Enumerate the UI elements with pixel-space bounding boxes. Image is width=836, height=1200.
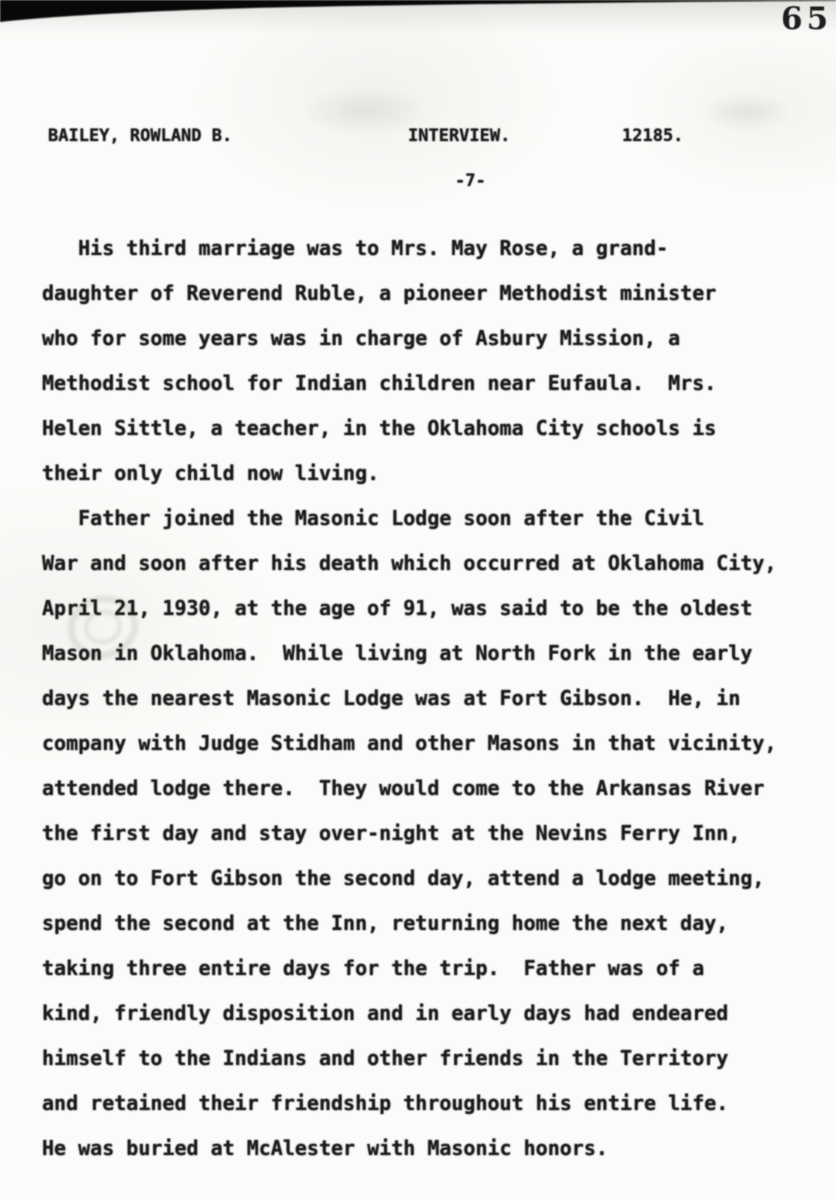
folio-page-number: 65 — [781, 1, 832, 37]
text-line: daughter of Reverend Ruble, a pioneer Me… — [42, 271, 777, 316]
text-line: taking three entire days for the trip. F… — [42, 946, 777, 991]
scanned-document-page: 65 BAILEY, ROWLAND B. INTERVIEW. 12185. … — [0, 0, 836, 1200]
typed-page-number: -7- — [455, 171, 486, 191]
text-line: Helen Sittle, a teacher, in the Oklahoma… — [42, 406, 777, 451]
text-line: April 21, 1930, at the age of 91, was sa… — [42, 586, 777, 631]
text-line: War and soon after his death which occur… — [42, 541, 777, 586]
subject-name: BAILEY, ROWLAND B. — [48, 126, 232, 146]
document-header: BAILEY, ROWLAND B. INTERVIEW. 12185. — [0, 126, 836, 150]
text-line: himself to the Indians and other friends… — [42, 1036, 777, 1081]
text-line: who for some years was in charge of Asbu… — [42, 316, 777, 361]
interview-number: 12185. — [622, 126, 683, 146]
scan-edge-artifact — [0, 0, 836, 30]
text-line: Father joined the Masonic Lodge soon aft… — [42, 496, 777, 541]
text-line: company with Judge Stidham and other Mas… — [42, 721, 777, 766]
text-line: attended lodge there. They would come to… — [42, 766, 777, 811]
text-line: and retained their friendship throughout… — [42, 1081, 777, 1126]
text-line: spend the second at the Inn, returning h… — [42, 901, 777, 946]
text-line: go on to Fort Gibson the second day, att… — [42, 856, 777, 901]
text-line: kind, friendly disposition and in early … — [42, 991, 777, 1036]
typed-body-text: His third marriage was to Mrs. May Rose,… — [42, 226, 777, 1171]
text-line: His third marriage was to Mrs. May Rose,… — [42, 226, 777, 271]
text-line: days the nearest Masonic Lodge was at Fo… — [42, 676, 777, 721]
text-line: Methodist school for Indian children nea… — [42, 361, 777, 406]
text-line: He was buried at McAlester with Masonic … — [42, 1126, 777, 1171]
text-line: Mason in Oklahoma. While living at North… — [42, 631, 777, 676]
text-line: their only child now living. — [42, 451, 777, 496]
document-type-label: INTERVIEW. — [408, 126, 510, 146]
text-line: the first day and stay over-night at the… — [42, 811, 777, 856]
